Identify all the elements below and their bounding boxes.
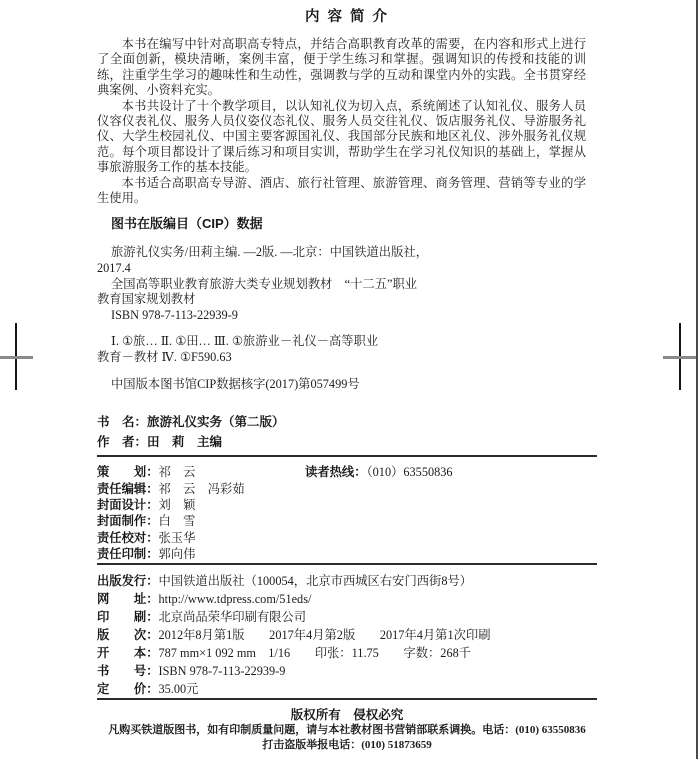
book-title-block: 书 名：旅游礼仪实务（第二版） 作 者：田 莉 主编 [97, 412, 597, 452]
book-author-label: 作 者： [97, 435, 147, 449]
staff-block: 策 划：祁 云 读者热线：（010）63550836 责任编辑：祁 云 冯彩茹 … [97, 464, 597, 562]
cip-line: 全国高等职业教育旅游大类专业规划教材 “十二五”职业 [97, 277, 537, 293]
publishing-value: 中国铁道出版社（100054，北京市西城区右安门西街8号） [159, 574, 473, 588]
book-copyright-page: 内 容 简 介 本书在编写中针对高职高专特点，并结合高职教育改革的需要，在内容和… [0, 0, 698, 759]
publishing-label: 印 刷： [97, 610, 159, 624]
publishing-label: 定 价： [97, 682, 159, 696]
publishing-label: 网 址： [97, 592, 159, 606]
staff-value: 刘 颖 [159, 498, 196, 512]
cip-classification-line: 教育－教材 Ⅳ. ①F590.63 [97, 350, 537, 366]
publishing-row: 网 址：http://www.tdpress.com/51eds/ [97, 590, 597, 608]
divider-rule [97, 563, 597, 565]
cip-heading: 图书在版编目（CIP）数据 [111, 215, 597, 232]
book-title-label: 书 名： [97, 415, 147, 429]
reader-hotline: 读者热线：（010）63550836 [305, 464, 453, 480]
publishing-value: 2012年8月第1版 2017年4月第2版 2017年4月第1次印刷 [159, 628, 491, 642]
anti-piracy-line: 打击盗版举报电话：(010) 51873659 [97, 738, 597, 754]
publishing-row: 印 刷：北京尚品荣华印刷有限公司 [97, 608, 597, 626]
cip-block: 旅游礼仪实务/田莉主编. —2版. —北京：中国铁道出版社， 2017.4 全国… [97, 245, 537, 392]
publishing-value: 787 mm×1 092 mm 1/16 印张：11.75 字数：268千 [159, 646, 472, 660]
publishing-block: 出版发行：中国铁道出版社（100054，北京市西城区右安门西街8号） 网 址：h… [97, 572, 597, 698]
staff-value: 张玉华 [159, 531, 196, 545]
intro-title: 内 容 简 介 [97, 8, 597, 26]
publishing-label: 版 次： [97, 628, 159, 642]
staff-row: 封面制作：白 雪 [97, 513, 597, 529]
isbn-value: ISBN 978-7-113-22939-9 [159, 664, 286, 678]
publishing-row: 定 价：35.00元 [97, 680, 597, 698]
spacer [97, 323, 537, 334]
registration-mark-horizontal-right [663, 356, 698, 359]
book-title-value: 旅游礼仪实务（第二版） [147, 415, 285, 429]
staff-value: 白 雪 [159, 514, 196, 528]
cip-line: 2017.4 [97, 261, 537, 277]
divider-rule [97, 698, 597, 700]
hotline-label: 读者热线： [305, 465, 367, 479]
staff-row: 责任印制：郭向伟 [97, 546, 597, 562]
page-content: 内 容 简 介 本书在编写中针对高职高专特点，并结合高职教育改革的需要，在内容和… [97, 8, 597, 754]
copyright-footer: 版权所有 侵权必究 凡购买铁道版图书，如有印制质量问题，请与本社教材图书营销部联… [97, 707, 597, 754]
book-author-value: 田 莉 主编 [147, 435, 222, 449]
publishing-value: 北京尚品荣华印刷有限公司 [159, 610, 307, 624]
cip-record-number-line: 中国版本图书馆CIP数据核字(2017)第057499号 [97, 377, 537, 393]
intro-paragraph: 本书共设计了十个教学项目，以认知礼仪为切入点，系统阐述了认知礼仪、服务人员仪容仪… [97, 99, 586, 176]
publishing-row: 出版发行：中国铁道出版社（100054，北京市西城区右安门西街8号） [97, 572, 597, 590]
publishing-label: 开 本： [97, 646, 159, 660]
price-value: 35.00元 [159, 682, 199, 696]
staff-value: 祁 云 冯彩茹 [159, 482, 245, 496]
cip-classification-line: Ⅰ. ①旅… Ⅱ. ①田… Ⅲ. ①旅游业－礼仪－高等职业 [97, 334, 537, 350]
staff-label: 策 划： [97, 465, 159, 479]
quality-contact-line: 凡购买铁道版图书，如有印制质量问题，请与本社教材图书营销部联系调换。电话：(01… [97, 723, 597, 739]
cip-isbn-line: ISBN 978-7-113-22939-9 [97, 308, 537, 324]
book-author-row: 作 者：田 莉 主编 [97, 432, 597, 452]
intro-paragraph: 本书在编写中针对高职高专特点，并结合高职教育改革的需要，在内容和形式上进行了全面… [97, 37, 586, 99]
spacer [97, 366, 537, 377]
staff-label: 责任印制： [97, 547, 159, 561]
staff-label: 封面制作： [97, 514, 159, 528]
staff-row: 封面设计：刘 颖 [97, 497, 597, 513]
hotline-number: （010）63550836 [367, 465, 453, 479]
copyright-notice: 版权所有 侵权必究 [97, 707, 597, 723]
staff-label: 责任校对： [97, 531, 159, 545]
website-url: http://www.tdpress.com/51eds/ [159, 592, 312, 606]
book-title-row: 书 名：旅游礼仪实务（第二版） [97, 412, 597, 432]
staff-label: 封面设计： [97, 498, 159, 512]
cip-line: 教育国家规划教材 [97, 292, 537, 308]
divider-rule [97, 455, 597, 457]
registration-mark-horizontal-left [0, 356, 33, 359]
staff-label: 责任编辑： [97, 482, 159, 496]
publishing-row: 书 号：ISBN 978-7-113-22939-9 [97, 662, 597, 680]
publishing-label: 出版发行： [97, 574, 159, 588]
publishing-row: 开 本：787 mm×1 092 mm 1/16 印张：11.75 字数：268… [97, 644, 597, 662]
staff-row: 策 划：祁 云 读者热线：（010）63550836 [97, 464, 597, 480]
staff-row: 责任校对：张玉华 [97, 530, 597, 546]
publishing-row: 版 次：2012年8月第1版 2017年4月第2版 2017年4月第1次印刷 [97, 626, 597, 644]
staff-value: 郭向伟 [159, 547, 196, 561]
staff-value: 祁 云 [159, 465, 196, 479]
staff-row: 责任编辑：祁 云 冯彩茹 [97, 481, 597, 497]
cip-line: 旅游礼仪实务/田莉主编. —2版. —北京：中国铁道出版社， [97, 245, 537, 261]
publishing-label: 书 号： [97, 664, 159, 678]
intro-paragraph: 本书适合高职高专导游、酒店、旅行社管理、旅游管理、商务管理、营销等专业的学生使用… [97, 176, 586, 207]
